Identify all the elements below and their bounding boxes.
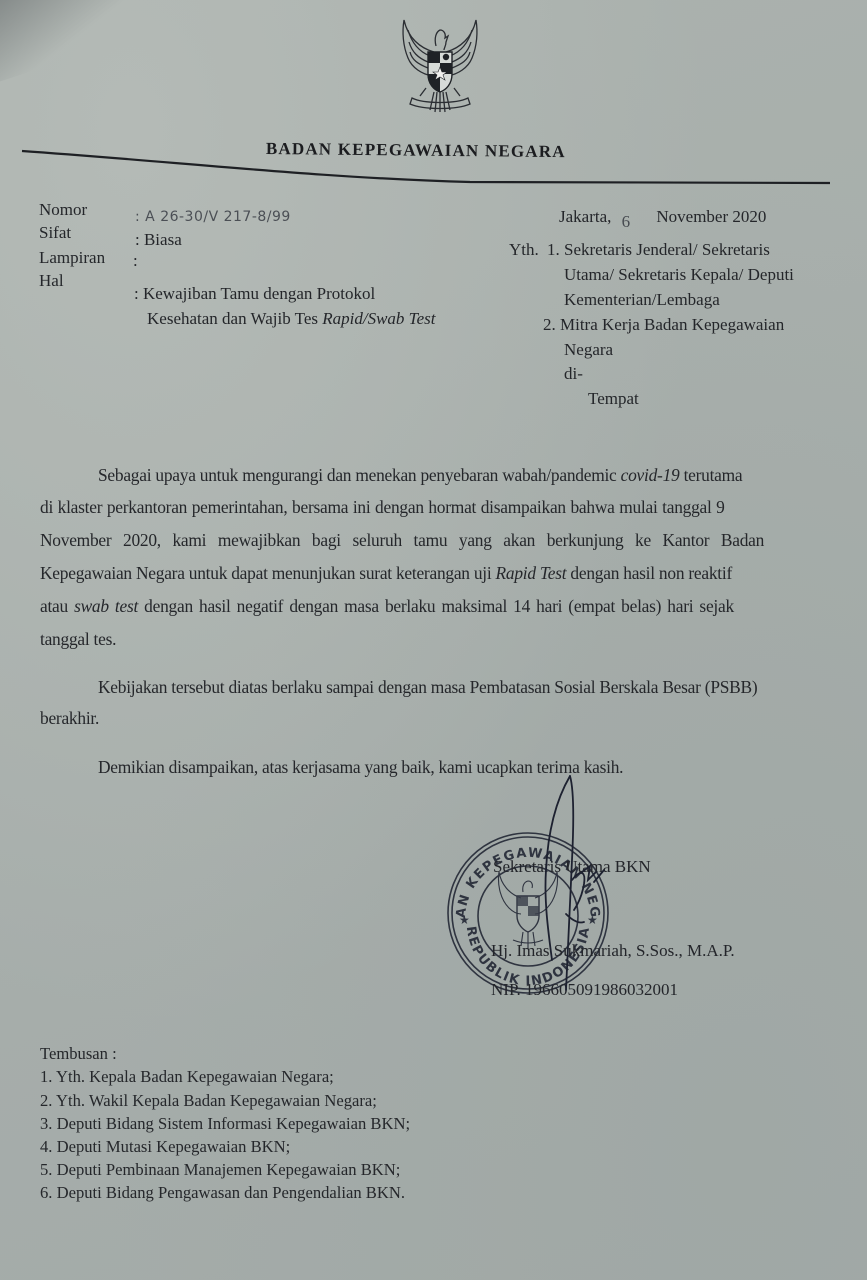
body-line: atau swab test dengan hasil negatif deng… bbox=[40, 596, 734, 617]
recipient-prefix: Yth. bbox=[509, 240, 539, 260]
hal-label: Hal bbox=[39, 270, 64, 292]
body-line: Sebagai upaya untuk mengurangi dan menek… bbox=[98, 465, 742, 486]
body-line: Demikian disampaikan, atas kerjasama yan… bbox=[98, 757, 623, 778]
body-line: November 2020, kami mewajibkan bagi selu… bbox=[40, 530, 764, 551]
tembusan-item: 1. Yth. Kepala Badan Kepegawaian Negara; bbox=[40, 1067, 334, 1087]
svg-text:★: ★ bbox=[587, 913, 598, 927]
body-line: Kebijakan tersebut diatas berlaku sampai… bbox=[98, 677, 757, 698]
recipient-line: 2. Mitra Kerja Badan Kepegawaian bbox=[543, 315, 784, 335]
date-month-year: November 2020 bbox=[656, 207, 766, 226]
sifat-value: : Biasa bbox=[135, 229, 182, 251]
hal-value-line1: : Kewajiban Tamu dengan Protokol bbox=[134, 283, 375, 305]
date-day: 6 bbox=[622, 212, 631, 232]
signatory-title: Sekretaris Utama BKN bbox=[493, 857, 651, 877]
tembusan-item: 4. Deputi Mutasi Kepegawaian BKN; bbox=[40, 1137, 290, 1157]
body-line: di klaster perkantoran pemerintahan, ber… bbox=[40, 497, 725, 518]
garuda-emblem-icon bbox=[390, 12, 490, 120]
date-place: Jakarta, bbox=[559, 207, 611, 226]
tembusan-item: 6. Deputi Bidang Pengawasan dan Pengenda… bbox=[40, 1183, 405, 1203]
recipient-line: Kementerian/Lembaga bbox=[564, 290, 720, 310]
signatory-name: Hj. Imas Sukmariah, S.Sos., M.A.P. bbox=[491, 941, 735, 961]
signatory-nip: NIP. 196605091986032001 bbox=[491, 980, 678, 1000]
nomor-value: : A 26-30/V 217-8/99 bbox=[135, 206, 291, 228]
hal-italic: Rapid/Swab Test bbox=[322, 309, 435, 328]
official-stamp-icon: BADAN KEPEGAWAIAN NEGARA REPUBLIK INDONE… bbox=[443, 828, 613, 998]
letter-date: Jakarta, 6 November 2020 bbox=[559, 207, 766, 227]
tembusan-item: 3. Deputi Bidang Sistem Informasi Kepega… bbox=[40, 1114, 410, 1134]
recipient-line: di- bbox=[564, 364, 583, 384]
tembusan-item: 2. Yth. Wakil Kepala Badan Kepegawaian N… bbox=[40, 1091, 377, 1111]
handwritten-signature bbox=[0, 0, 867, 1280]
svg-text:★: ★ bbox=[459, 913, 470, 927]
recipient-line: 1. Sekretaris Jenderal/ Sekretaris bbox=[547, 240, 770, 260]
page-corner-shadow bbox=[0, 0, 228, 88]
hal-plain: Kesehatan dan Wajib Tes bbox=[147, 309, 322, 328]
recipient-line: Utama/ Sekretaris Kepala/ Deputi bbox=[564, 265, 794, 285]
tembusan-item: 5. Deputi Pembinaan Manajemen Kepegawaia… bbox=[40, 1160, 400, 1180]
lampiran-label: Lampiran bbox=[39, 247, 105, 269]
nomor-label: Nomor bbox=[39, 199, 87, 221]
recipient-line: Negara bbox=[564, 340, 613, 360]
body-line: berakhir. bbox=[40, 708, 99, 729]
organization-name: BADAN KEPEGAWAIAN NEGARA bbox=[266, 139, 566, 162]
body-line: Kepegawaian Negara untuk dapat menunjuka… bbox=[40, 563, 732, 584]
sifat-label: Sifat bbox=[39, 222, 71, 244]
lampiran-value: : bbox=[133, 250, 138, 272]
tembusan-heading: Tembusan : bbox=[40, 1044, 117, 1064]
body-line: tanggal tes. bbox=[40, 629, 116, 650]
recipient-line: Tempat bbox=[588, 389, 639, 409]
hal-value-line2: Kesehatan dan Wajib Tes Rapid/Swab Test bbox=[147, 308, 435, 330]
